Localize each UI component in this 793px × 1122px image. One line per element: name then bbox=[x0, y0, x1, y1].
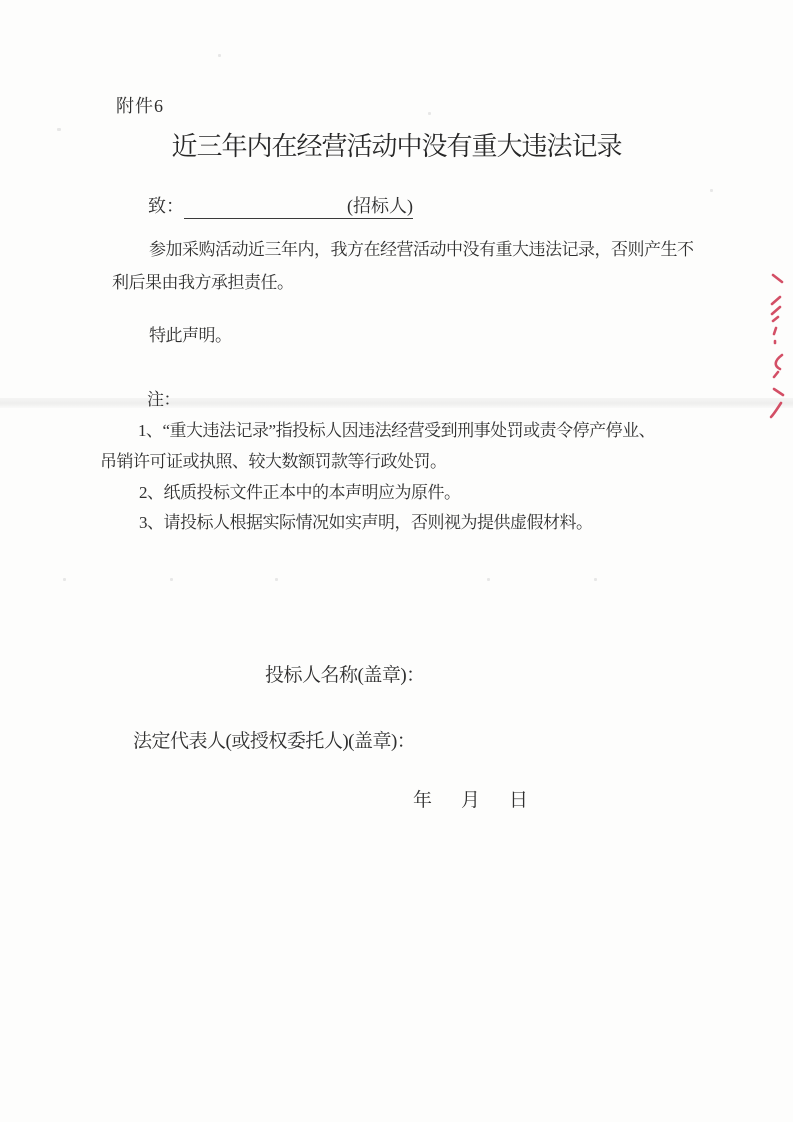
scan-speck bbox=[275, 578, 278, 581]
paragraph-line: 参加采购活动近三年内，我方在经营活动中没有重大违法记录，否则产生不 bbox=[149, 239, 694, 260]
date-line: 年 月 日 bbox=[413, 789, 528, 813]
attachment-label: 附件6 bbox=[116, 95, 164, 118]
declaration-line: 特此声明。 bbox=[149, 325, 232, 346]
scanned-document-page: 附件6 近三年内在经营活动中没有重大违法记录 致：(招标人) 参加采购活动近三年… bbox=[0, 0, 793, 1122]
date-month-label: 月 bbox=[461, 789, 480, 813]
note-item-line: 1、“重大违法记录”指投标人因违法经营受到刑事处罚或责令停产停业、 bbox=[138, 420, 655, 441]
date-year-label: 年 bbox=[413, 789, 432, 813]
salutation-suffix: (招标人) bbox=[347, 196, 413, 216]
scan-speck bbox=[487, 578, 490, 581]
salutation-underlined-segment: (招标人) bbox=[184, 195, 413, 219]
scan-speck bbox=[63, 578, 66, 581]
scan-speck bbox=[594, 578, 597, 581]
salutation-line: 致：(招标人) bbox=[148, 195, 413, 219]
scan-speck bbox=[428, 112, 431, 115]
scan-speck bbox=[218, 54, 221, 57]
legal-representative-label: 法定代表人(或授权委托人)(盖章)： bbox=[133, 730, 415, 754]
date-day-label: 日 bbox=[509, 789, 528, 813]
note-item-line: 3、请投标人根据实际情况如实声明，否则视为提供虚假材料。 bbox=[139, 512, 593, 533]
notes-label: 注： bbox=[147, 389, 180, 410]
note-item-line: 2、纸质投标文件正本中的本声明应为原件。 bbox=[139, 482, 461, 503]
bidder-name-label: 投标人名称(盖章)： bbox=[265, 664, 425, 688]
note-item-line: 吊销许可证或执照、较大数额罚款等行政处罚。 bbox=[100, 451, 447, 472]
document-title: 近三年内在经营活动中没有重大违法记录 bbox=[0, 131, 793, 164]
red-ink-marks bbox=[762, 266, 793, 422]
paragraph-line: 利后果由我方承担责任。 bbox=[112, 272, 294, 293]
scan-speck bbox=[710, 189, 713, 192]
salutation-prefix: 致： bbox=[148, 196, 184, 216]
scan-speck bbox=[170, 578, 173, 581]
scan-artifact-band bbox=[0, 398, 793, 408]
